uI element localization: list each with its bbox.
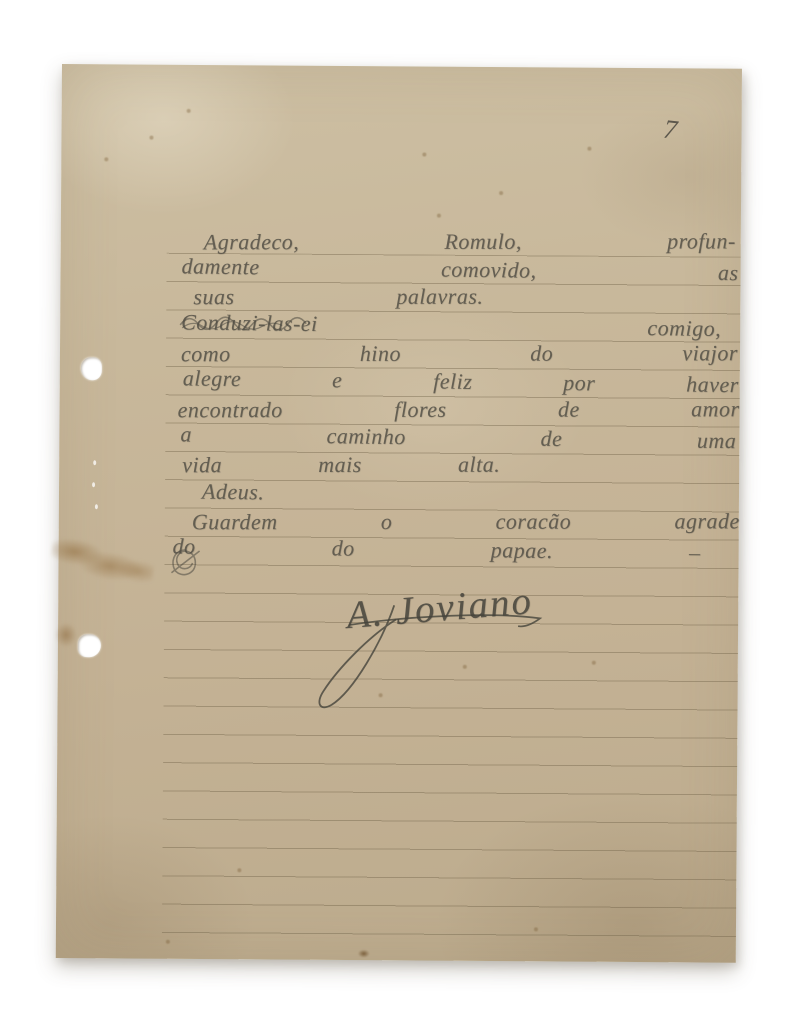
stain-left-edge (48, 534, 156, 587)
letter-page: 7 Agradeco, Romulo, profun- damente como… (56, 64, 742, 963)
handwritten-line-10: Adeus. (202, 477, 332, 509)
page-number: 7 (662, 114, 679, 146)
punch-hole-bottom (78, 634, 101, 657)
foxing-speck (187, 109, 191, 113)
signature-block: A. Joviano (315, 579, 626, 741)
paper-scratch (95, 504, 98, 509)
paper-scratch (92, 482, 95, 487)
paper-scratch (93, 460, 96, 465)
foxing-speck (422, 153, 426, 157)
stain-bottom-edge (356, 948, 372, 959)
foxing-speck (237, 868, 241, 872)
handwritten-line-9: vida mais alta. (182, 450, 500, 481)
foxing-speck (534, 927, 538, 931)
foxing-speck (499, 191, 503, 195)
foxing-speck (587, 147, 591, 151)
foxing-speck (166, 940, 170, 944)
foxing-speck (149, 136, 153, 140)
foxing-speck (437, 214, 441, 218)
punch-hole-top (81, 357, 102, 380)
handwritten-line-12: do do papae. – (172, 531, 700, 567)
foxing-speck (104, 157, 108, 161)
